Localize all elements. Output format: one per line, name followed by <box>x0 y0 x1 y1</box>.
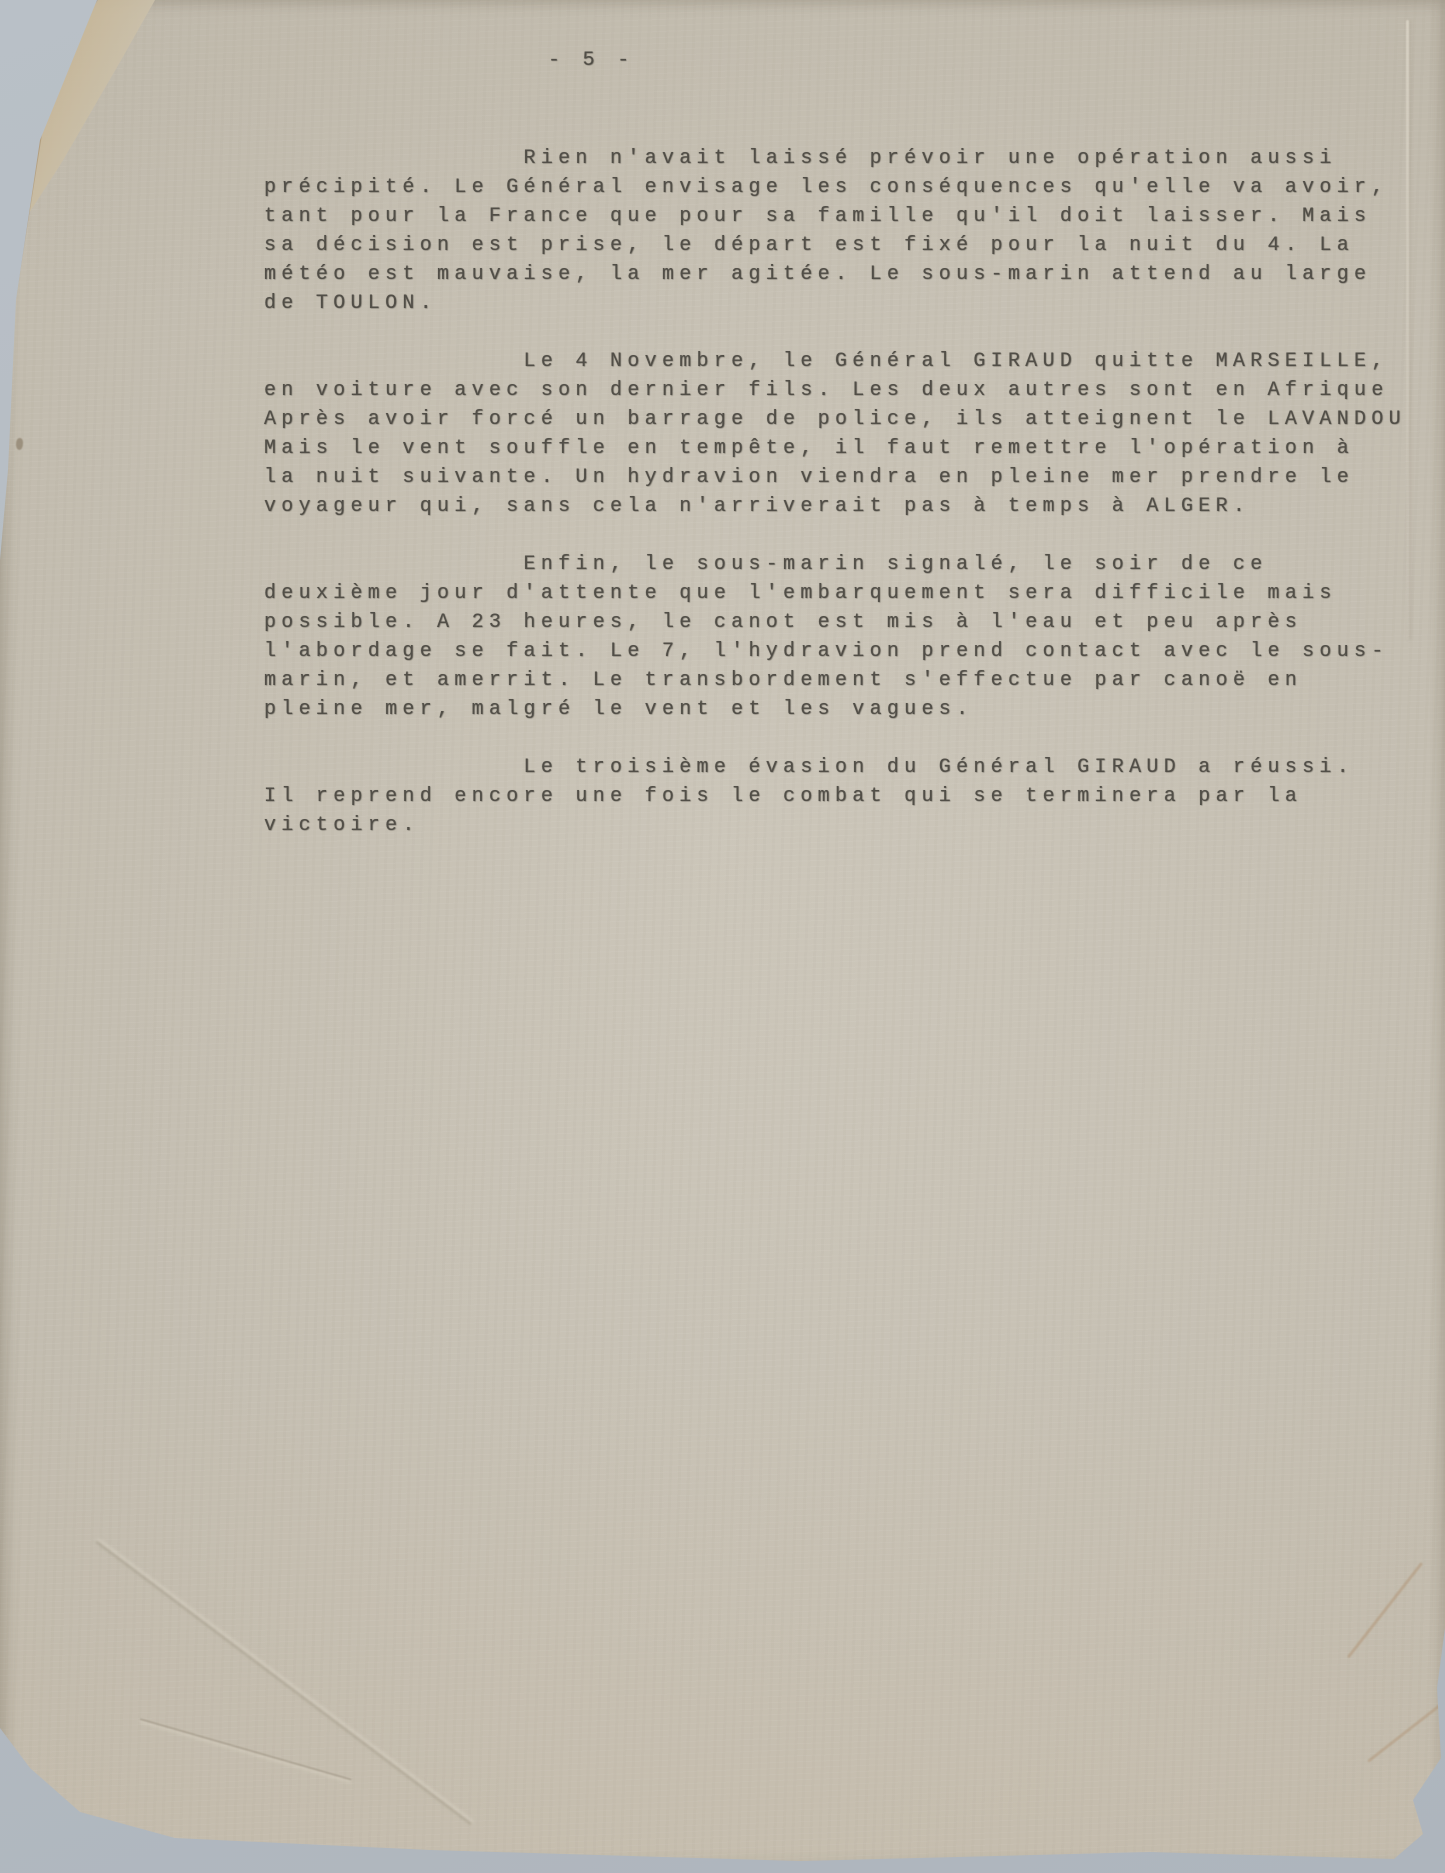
paragraph-3: Enfin, le sous-marin signalé, le soir de… <box>264 550 1406 724</box>
paragraph-2: Le 4 Novembre, le Général GIRAUD quitte … <box>264 347 1406 521</box>
paragraph-4: Le troisième évasion du Général GIRAUD a… <box>264 753 1406 840</box>
scanned-document-page: - 5 - Rien n'avait laissé prévoir une op… <box>0 0 1445 1873</box>
typewritten-text: Rien n'avait laissé prévoir une opératio… <box>264 144 1406 840</box>
paragraph-1: Rien n'avait laissé prévoir une opératio… <box>264 144 1406 318</box>
page-number: - 5 - <box>548 46 635 76</box>
crease-right-vertical <box>1406 20 1409 640</box>
paper-sheet: - 5 - Rien n'avait laissé prévoir une op… <box>0 0 1445 1873</box>
